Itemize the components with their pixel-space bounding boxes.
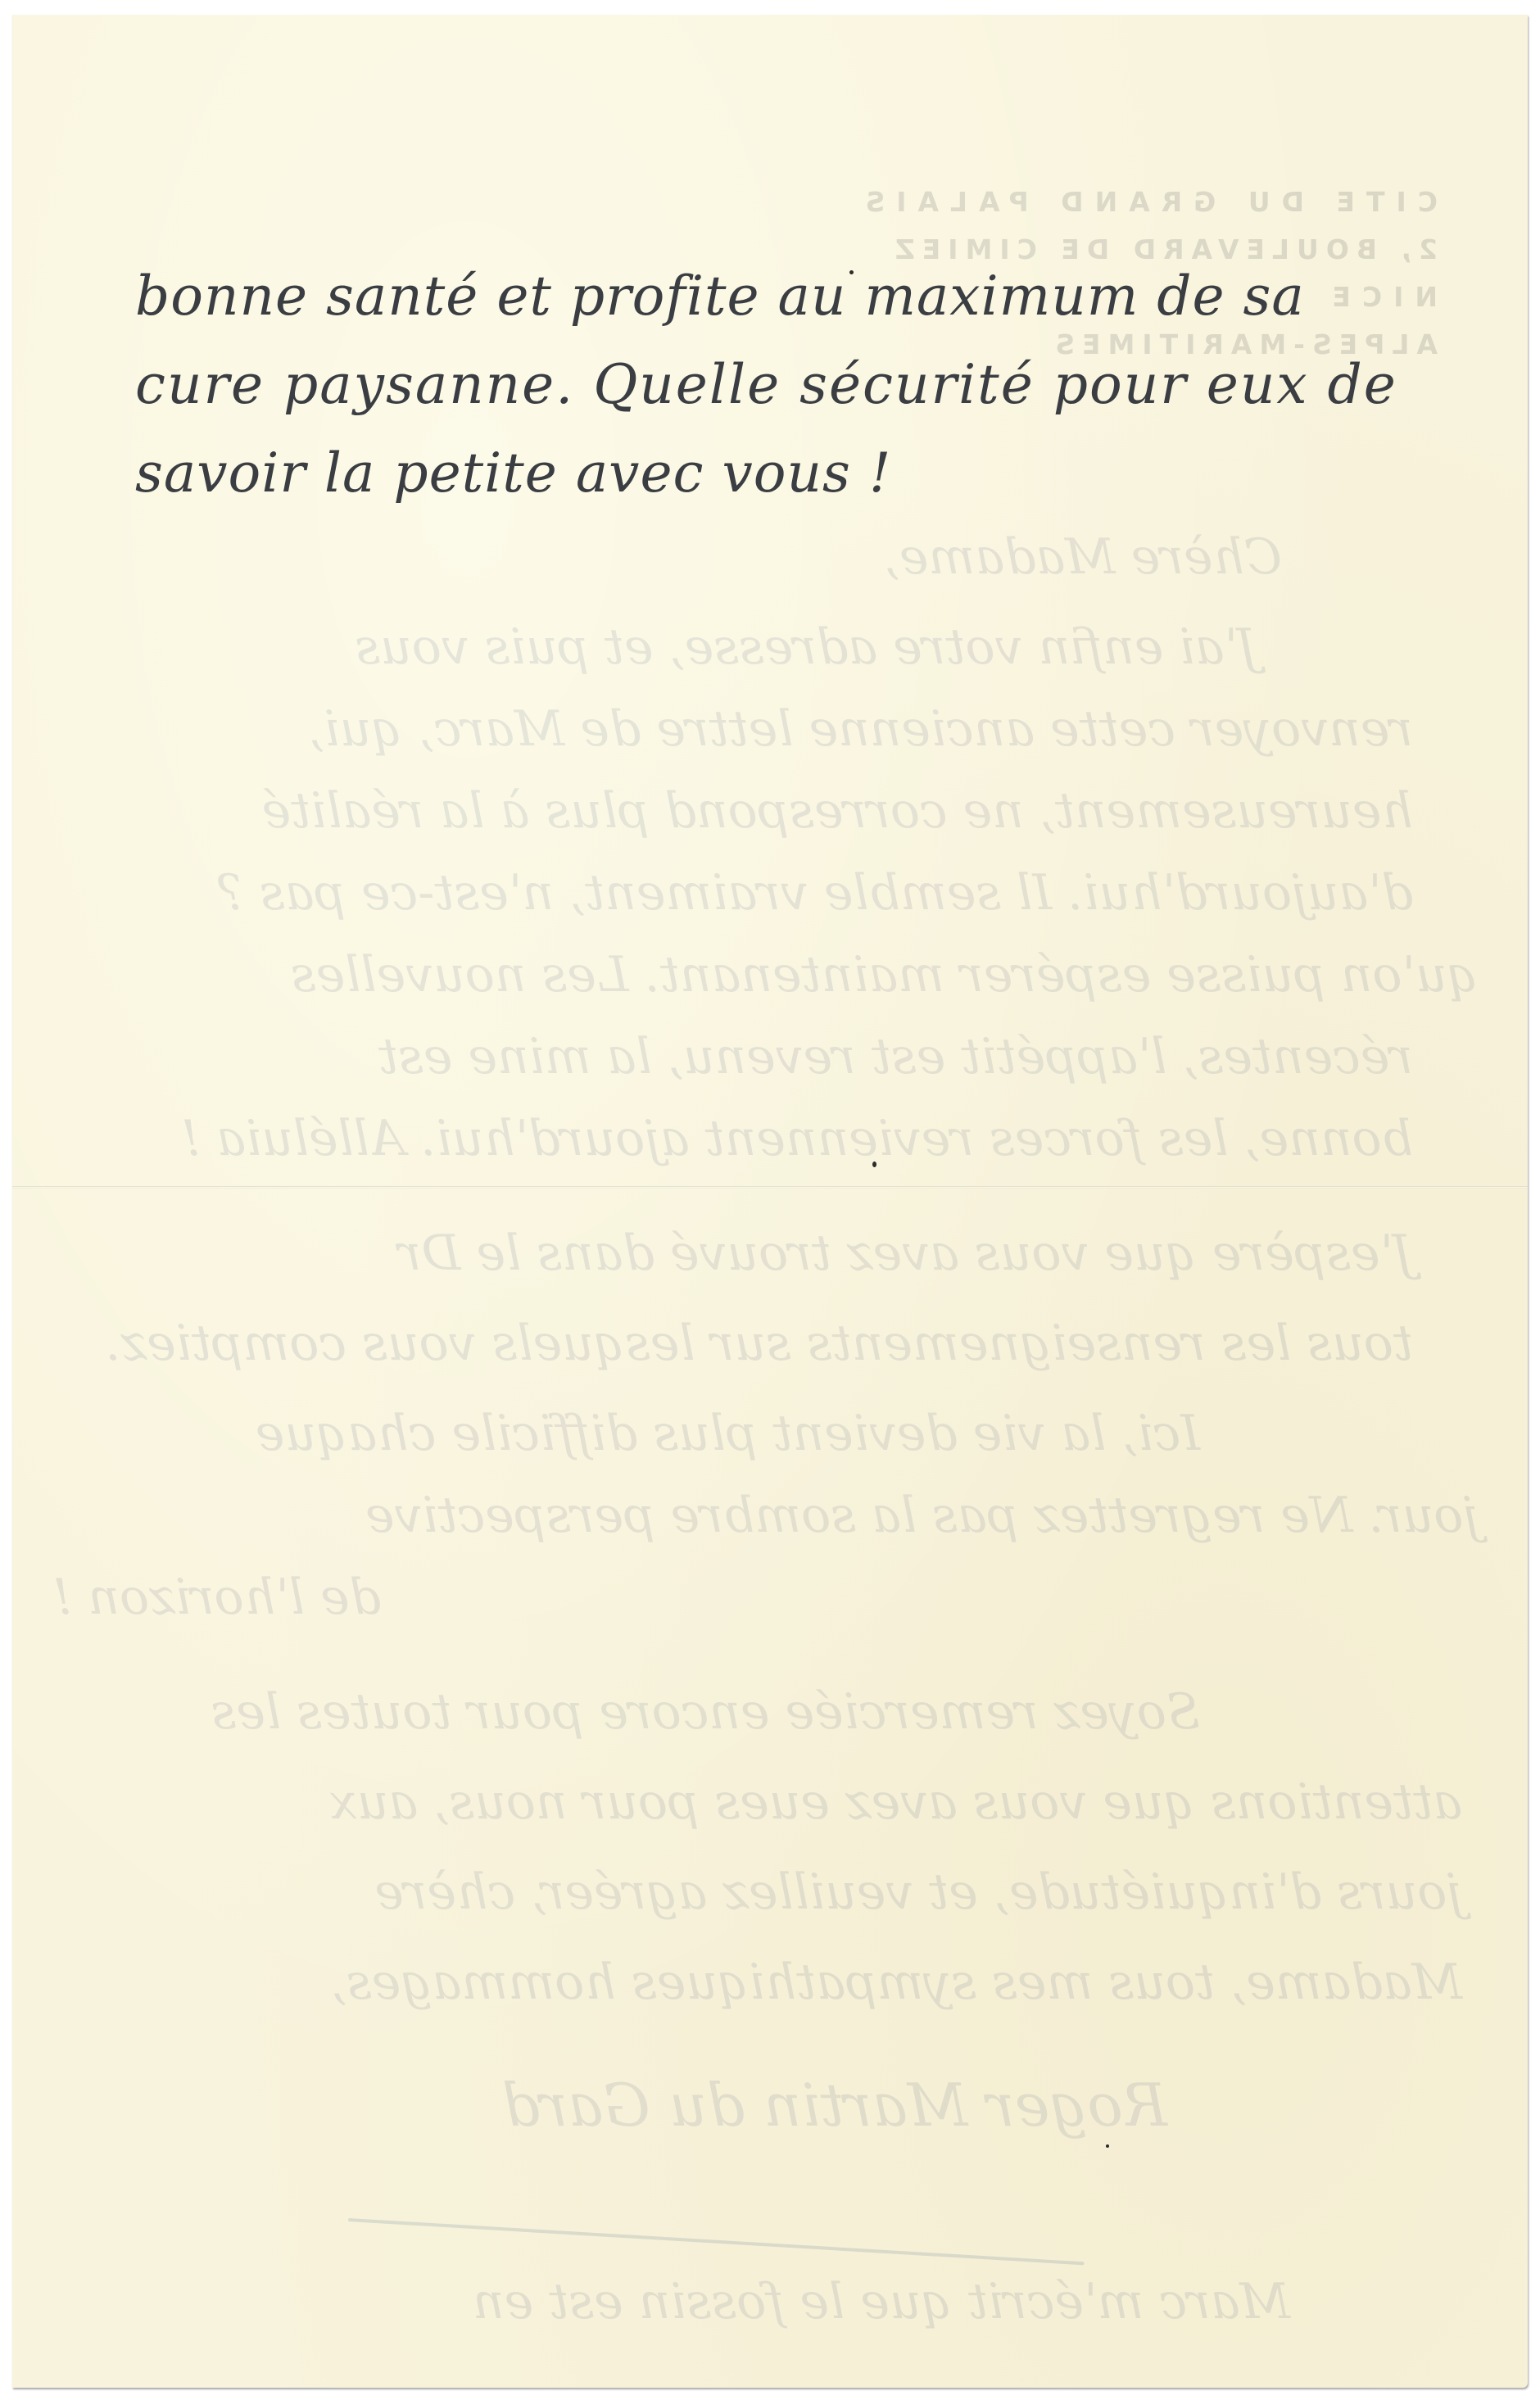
paper-fold bbox=[12, 1186, 1528, 1189]
ink-speck bbox=[872, 1162, 876, 1167]
bleed-line: heureusement, ne correspond plus à la ré… bbox=[262, 768, 1413, 854]
bleed-line: qu'on puisse espérer maintenant. Les nou… bbox=[291, 932, 1479, 1017]
handwritten-line: bonne santé et profite au maximum de sa bbox=[135, 252, 1479, 341]
bleed-line: bonne, les forces reviennent ajourd'hui.… bbox=[181, 1096, 1413, 1181]
handwritten-line: cure paysanne. Quelle sécurité pour eux … bbox=[135, 341, 1479, 429]
bleed-line: J'espère que vous avez trouvé dans le Dr bbox=[398, 1211, 1413, 1296]
bleed-line: récentes, l'appétit est revenu, la mine … bbox=[378, 1014, 1413, 1099]
bleed-line: jour. Ne regrettez pas la sombre perspec… bbox=[365, 1473, 1479, 1558]
bleed-salutation: Chère Madame, bbox=[884, 514, 1282, 600]
letterhead-line: CITE DU GRAND PALAIS bbox=[848, 179, 1438, 226]
bleed-line: J'ai enfin votre adresse, et puis vous bbox=[355, 605, 1257, 690]
bleed-line: de l'horizon ! bbox=[52, 1555, 381, 1640]
ink-speck bbox=[849, 270, 854, 274]
ink-speck bbox=[1106, 2144, 1109, 2148]
bleed-line: attentions que vous avez eues pour nous,… bbox=[329, 1759, 1462, 1845]
bleed-line: tous les renseignements sur lesquels vou… bbox=[105, 1301, 1413, 1386]
bleed-line: Madame, tous mes sympathiques hommages, bbox=[331, 1940, 1462, 2025]
handwritten-line: savoir la petite avec vous ! bbox=[135, 429, 1479, 518]
bleed-line: Soyez remerciée encore pour toutes les bbox=[211, 1669, 1200, 1755]
bleed-line: jours d'inquiétude, et veuillez agréer, … bbox=[374, 1850, 1462, 1935]
letter-page: Chère Madame, J'ai enfin votre adresse, … bbox=[12, 15, 1528, 2388]
bleed-line: Ici, la vie devient plus difficile chaqu… bbox=[256, 1391, 1200, 1476]
bleed-line: d'aujourd'hui. Il semble vraiment, n'est… bbox=[218, 850, 1413, 935]
handwritten-text: bonne santé et profite au maximum de sa … bbox=[135, 252, 1479, 518]
bleed-line: renvoyer cette ancienne lettre de Marc, … bbox=[308, 686, 1413, 772]
bleed-postscript: Marc m'écrit que le fossin est en bbox=[473, 2259, 1290, 2344]
bleed-signature: Roger Martin du Gard bbox=[502, 2063, 1167, 2148]
